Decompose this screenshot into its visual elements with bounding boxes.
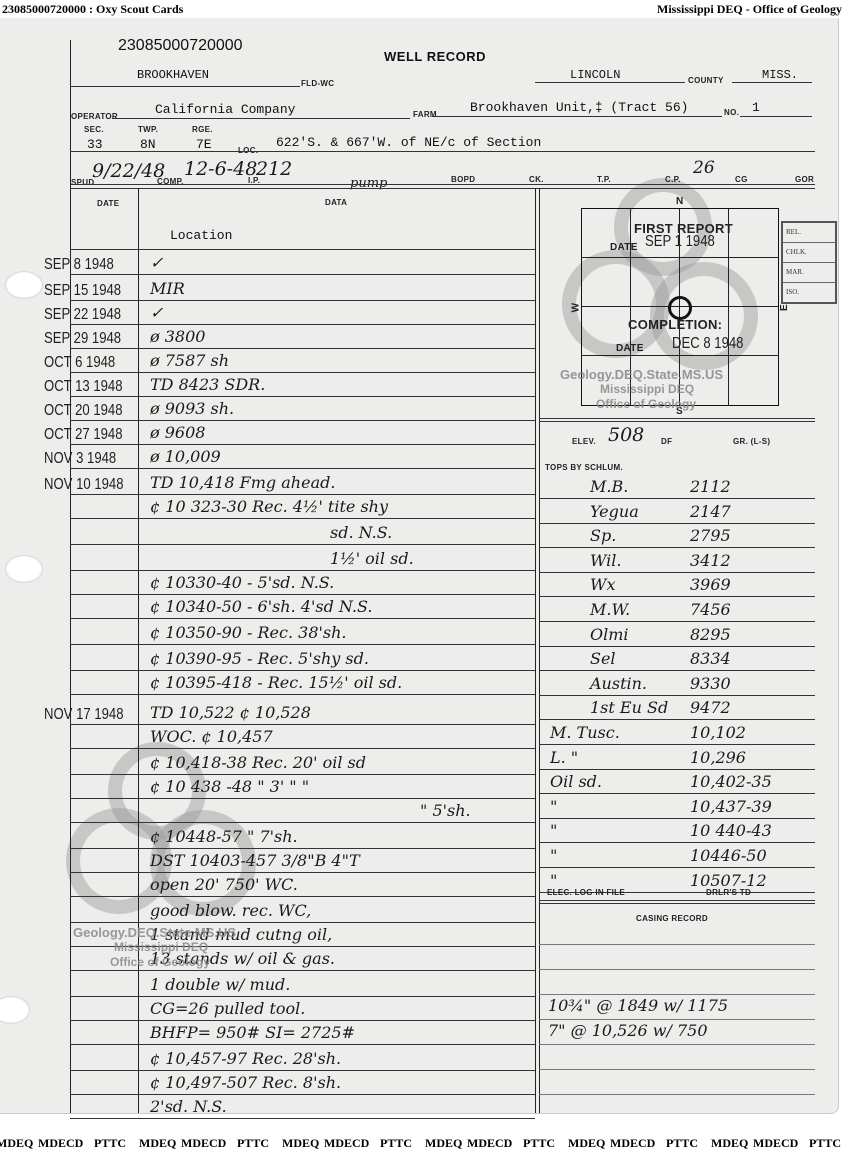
formation-name: " [550,797,557,816]
formation-depth: 10,102 [690,723,746,742]
footer-tag: MDECD [38,1136,83,1151]
rule [70,1070,535,1071]
rule [70,1094,535,1095]
state-value: MISS. [762,68,798,82]
footer-tag: PTTC [94,1136,126,1151]
completion-label: COMPLETION: [628,317,722,332]
cp-value: 26 [693,158,715,178]
rule [539,769,815,770]
page-footer: MDEQMDECDPTTCMDEQMDECDPTTCMDEQMDECDPTTCM… [0,1134,846,1151]
log-data: ¢ 10 438 -48 " 3' " " [150,777,309,796]
rule [539,418,815,419]
routing-iso: ISO. [783,283,835,302]
rule [70,372,535,373]
rule [539,498,815,499]
log-data: ✓ [150,253,163,272]
log-data: DST 10403-457 3/8"B 4"T [150,851,360,870]
formation-name: Austin. [590,674,647,693]
rule [70,896,535,897]
footer-tag: PTTC [380,1136,412,1151]
formation-name: Olmi [590,625,629,644]
rule [70,798,535,799]
rule [70,444,535,445]
formation-depth: 8295 [690,625,731,644]
footer-tag: PTTC [666,1136,698,1151]
rule [539,793,815,794]
log-date: OCT 20 1948 [44,402,123,420]
field-label: FLD-WC [301,79,334,88]
rule [70,594,535,595]
rule [539,621,815,622]
spud-label: SPUD [71,178,94,187]
first-report-date-label: DATE [610,242,638,253]
log-data: 1½' oil sd. [330,549,414,568]
rule [539,969,815,970]
formation-depth: 8334 [690,649,731,668]
watermark-office: Office of Geology [596,397,696,411]
rule [539,547,815,548]
formation-depth: 2112 [690,477,731,496]
rule [539,1069,815,1070]
rule [70,822,535,823]
footer-tag: MDEQ [711,1136,748,1151]
formation-name: Wil. [590,551,621,570]
rule [70,494,535,495]
watermark-office: Office of Geology [110,955,210,969]
log-data: sd. N.S. [330,523,392,542]
log-data: TD 10,522 ¢ 10,528 [150,703,311,722]
spud-value: 9/22/48 [92,160,165,182]
log-data: " 5'sh. [420,801,471,820]
log-data: ø 10,009 [150,447,221,466]
rule [740,116,812,117]
rule [539,900,815,901]
log-date: SEP 8 1948 [44,256,114,274]
log-data: TD 8423 SDR. [150,375,265,394]
watermark-agency: Mississippi DEQ [114,940,208,954]
rule [70,274,535,275]
footer-tag: MDECD [324,1136,369,1151]
well-no-value: 1 [752,100,760,115]
plat-west: W [570,303,581,313]
left-margin-rule [70,40,71,1113]
formation-name: Oil sd. [550,772,602,791]
rule [70,348,535,349]
rule [70,518,535,519]
rule [70,1020,535,1021]
rge-label: RGE. [192,125,213,134]
routing-mar: MAR. [783,263,835,283]
header-record-title: 23085000720000 : Oxy Scout Cards [2,2,183,17]
rule [70,872,535,873]
log-data: good blow. rec. WC, [150,901,311,920]
rule [539,1094,815,1095]
footer-tag: MDEQ [425,1136,462,1151]
log-date: NOV 17 1948 [44,706,124,724]
log-data: ¢ 10350-90 - Rec. 38'sh. [150,623,347,642]
log-data: BHFP= 950# SI= 2725# [150,1023,355,1042]
formation-depth: 10,296 [690,748,746,767]
formation-depth: 10507-12 [690,871,767,890]
rule [539,867,815,868]
formation-name: " [550,846,557,865]
sec-label: SEC. [84,125,104,134]
formation-depth: 10446-50 [690,846,767,865]
formation-name: M. Tusc. [550,723,620,742]
rule [70,670,535,671]
punch-hole [0,996,30,1024]
rule [70,420,535,421]
gor-label: GOR [795,175,814,184]
log-date: SEP 15 1948 [44,282,121,300]
footer-tag: MDECD [467,1136,512,1151]
log-date: OCT 13 1948 [44,378,123,396]
footer-tag: MDECD [181,1136,226,1151]
rule [70,1044,535,1045]
log-data: ¢ 10,497-507 Rec. 8'sh. [150,1073,341,1092]
log-data: ¢ 10,457-97 Rec. 28'sh. [150,1049,341,1068]
tops-label: TOPS BY SCHLUM. [545,463,623,472]
formation-name: Yegua [590,502,639,521]
log-data: CG=26 pulled tool. [150,999,305,1018]
date-column-header: DATE [97,199,119,208]
rule [732,82,812,83]
log-date: OCT 27 1948 [44,426,123,444]
well-no-label: NO. [724,108,739,117]
rule [70,184,815,185]
log-data: ø 7587 sh [150,351,229,370]
rule [539,744,815,745]
formation-name: " [550,871,557,890]
field-value: BROOKHAVEN [137,68,209,82]
formation-depth: 2795 [690,526,731,545]
rule [539,903,815,904]
elev-label: ELEV. [572,437,596,446]
elev-value: 508 [608,424,644,446]
log-date: SEP 29 1948 [44,330,121,348]
rule [432,116,722,117]
page-header: 23085000720000 : Oxy Scout Cards Mississ… [0,0,846,18]
formation-name: " [550,821,557,840]
rule [70,544,535,545]
rule [70,1118,535,1119]
footer-tag: MDECD [753,1136,798,1151]
rule [539,572,815,573]
rule [70,748,535,749]
log-data: 2'sd. N.S. [150,1097,227,1116]
rule [539,695,815,696]
operator-value: California Company [155,102,295,117]
footer-tag: MDEQ [0,1136,33,1151]
log-date: NOV 10 1948 [44,476,124,494]
rule [539,670,815,671]
log-data: ¢ 10395-418 - Rec. 15½' oil sd. [150,673,402,692]
location-heading: Location [170,228,232,243]
log-data: ¢ 10340-50 - 6'sh. 4'sd N.S. [150,597,372,616]
rule [535,82,685,83]
casing-record-label: CASING RECORD [636,914,708,923]
watermark-url: Geology.DEQ.State.MS.US [560,367,723,382]
log-data: ø 9093 sh. [150,399,234,418]
footer-tag: MDEQ [139,1136,176,1151]
footer-tag: MDEQ [282,1136,319,1151]
data-column-rule [539,188,540,1113]
rule [539,1044,815,1045]
log-data: ¢ 10 323-30 Rec. 4½' tite shy [150,497,388,516]
rule [539,596,815,597]
cg-label: CG [735,175,748,184]
log-data: open 20' 750' WC. [150,875,298,894]
routing-rel: REL. [783,223,835,243]
routing-stamp: REL. CHLK. MAR. ISO. [781,221,837,304]
rule [70,694,535,695]
card-title: WELL RECORD [384,49,486,64]
footer-tag: PTTC [237,1136,269,1151]
rule [70,970,535,971]
rule [539,842,815,843]
header-agency: Mississippi DEQ - Office of Geology [657,2,842,17]
twp-value: 8N [140,137,156,152]
rule [70,774,535,775]
rule [539,719,815,720]
rule [70,300,535,301]
df-label: DF [661,437,672,446]
sec-value: 33 [87,137,103,152]
log-date: OCT 6 1948 [44,354,115,372]
log-data: WOC. ¢ 10,457 [150,727,273,746]
casing-row: 7" @ 10,526 w/ 750 [548,1021,708,1040]
formation-name: Sp. [590,526,616,545]
formation-depth: 7456 [690,600,731,619]
completion-date: DEC 8 1948 [672,335,743,353]
log-data: ø 3800 [150,327,205,346]
formation-name: 1st Eu Sd [590,698,668,717]
formation-depth: 2147 [690,502,731,521]
plat-east: E [779,304,790,311]
rule [539,944,815,945]
punch-hole [5,555,43,583]
rule [539,523,815,524]
formation-name: L. " [550,748,578,767]
cp-label: C.P. [665,175,681,184]
routing-chlk: CHLK. [783,243,835,263]
rule [70,724,535,725]
log-data: ✓ [150,303,163,322]
rule [70,249,535,250]
punch-hole [5,271,43,299]
footer-tag: PTTC [809,1136,841,1151]
rge-value: 7E [196,137,212,152]
log-data: ¢ 10448-57 " 7'sh. [150,827,298,846]
formation-depth: 10,402-35 [690,772,772,791]
formation-name: M.B. [590,477,628,496]
county-label: COUNTY [688,76,724,85]
rule [539,818,815,819]
rule [539,1019,815,1020]
log-data: ø 9608 [150,423,205,442]
log-data: ¢ 10330-40 - 5'sd. N.S. [150,573,334,592]
rule [112,118,410,119]
rule [70,996,535,997]
rule [539,994,815,995]
rule [70,468,535,469]
plat-north: N [676,196,684,207]
formation-depth: 9472 [690,698,731,717]
log-data: 1 double w/ mud. [150,975,290,994]
ck-label: CK. [529,175,544,184]
rule [70,618,535,619]
rule [70,922,535,923]
watermark-agency: Mississippi DEQ [600,382,694,396]
formation-name: Wx [590,575,615,594]
log-data: MIR [150,279,185,298]
log-date: NOV 3 1948 [44,450,116,468]
location-value: 622'S. & 667'W. of NE/c of Section [276,135,541,150]
formation-name: M.W. [590,600,630,619]
watermark-url: Geology.DEQ.State.MS.US [73,925,236,940]
farm-label: FARM [413,110,437,119]
footer-tag: MDECD [610,1136,655,1151]
formation-depth: 3412 [690,551,731,570]
log-data: TD 10,418 Fmg ahead. [150,473,335,492]
footer-tag: PTTC [523,1136,555,1151]
rule [70,151,815,152]
formation-depth: 9330 [690,674,731,693]
completion-date-label: DATE [616,343,644,354]
rule [70,848,535,849]
county-value: LINCOLN [570,68,620,82]
rule [539,421,815,422]
comp-value: 12-6-48 [184,158,257,180]
bopd-label: BOPD [451,175,475,184]
gr-label: GR. (L-S) [733,437,770,446]
twp-label: TWP. [138,125,158,134]
tp-label: T.P. [597,175,611,184]
operator-label: OPERATOR [71,112,118,121]
formation-depth: 3969 [690,575,731,594]
rule [70,644,535,645]
farm-value: Brookhaven Unit,‡ (Tract 56) [470,100,688,115]
log-data: ¢ 10,418-38 Rec. 20' oil sd [150,753,366,772]
rule [70,188,815,189]
formation-depth: 10 440-43 [690,821,772,840]
rule [539,646,815,647]
log-data: ¢ 10390-95 - Rec. 5'shy sd. [150,649,369,668]
rule [70,570,535,571]
casing-row: 10¾" @ 1849 w/ 1175 [548,996,728,1015]
drlr-td-label: DRLR'S TD [706,888,751,897]
log-date: SEP 22 1948 [44,306,121,324]
first-report-date: SEP 1 1948 [645,233,715,251]
rule [70,324,535,325]
formation-name: Sel [590,649,616,668]
elec-log-label: ELEC. LOG IN FILE [547,888,625,897]
rule [70,396,535,397]
ip-value: 212 [256,158,292,180]
formation-depth: 10,437-39 [690,797,772,816]
data-column-header: DATA [325,198,347,207]
api-number: 23085000720000 [118,37,243,55]
data-column-rule [535,188,536,1113]
date-column-rule [138,188,139,1113]
rule [70,86,300,87]
footer-tag: MDEQ [568,1136,605,1151]
